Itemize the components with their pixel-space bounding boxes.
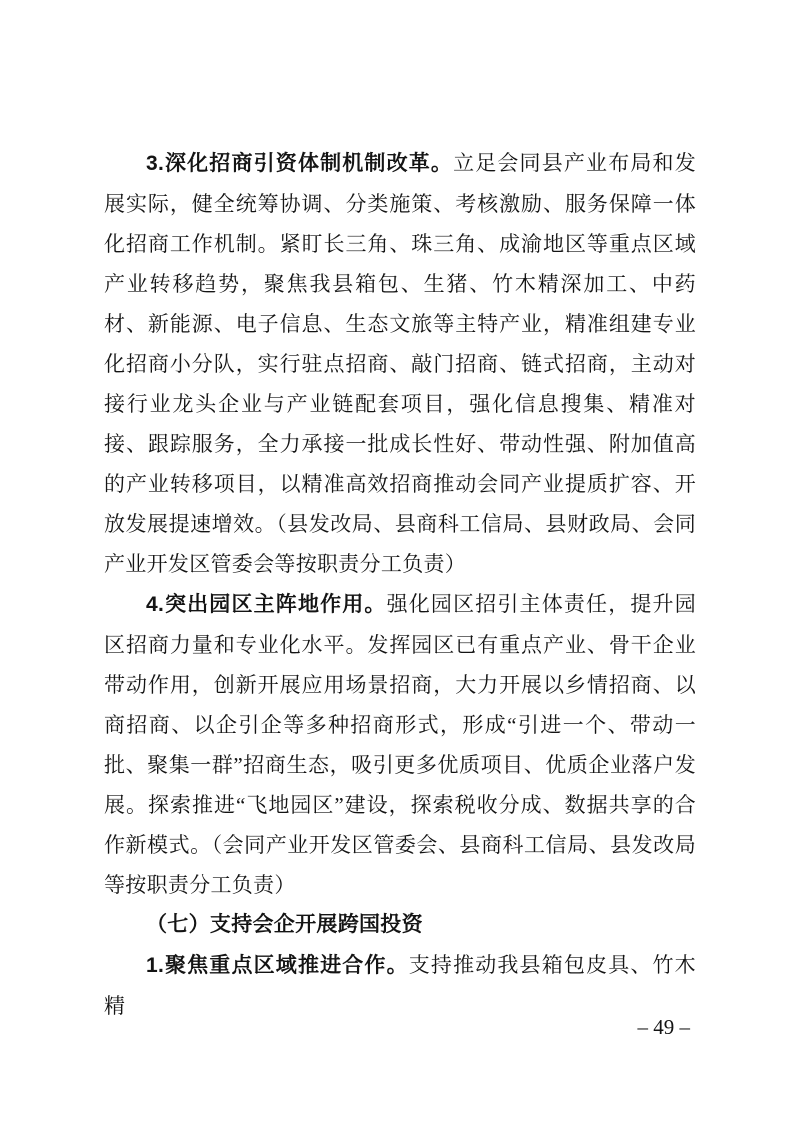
section-heading-seven: （七）支持会企开展跨国投资 [104, 905, 696, 945]
paragraph-text: 强化园区招引主体责任，提升园区招商力量和专业化水平。发挥园区已有重点产业、骨干企… [104, 592, 696, 897]
paragraph-4-park-role: 4.突出园区主阵地作用。强化园区招引主体责任，提升园区招商力量和专业化水平。发挥… [104, 584, 696, 905]
document-body: 3.深化招商引资体制机制改革。立足会同县产业布局和发展实际，健全统筹协调、分类施… [104, 143, 696, 1026]
paragraph-text: 立足会同县产业布局和发展实际，健全统筹协调、分类施策、考核激励、服务保障一体化招… [104, 151, 696, 576]
paragraph-lead: 3.深化招商引资体制机制改革。 [146, 152, 453, 175]
paragraph-lead: 4.突出园区主阵地作用。 [146, 593, 387, 616]
page-number: – 49 – [0, 1013, 690, 1041]
paragraph-lead: 1.聚焦重点区域推进合作。 [146, 954, 409, 977]
document-page: 3.深化招商引资体制机制改革。立足会同县产业布局和发展实际，健全统筹协调、分类施… [0, 0, 793, 1122]
paragraph-3-deepen-reform: 3.深化招商引资体制机制改革。立足会同县产业布局和发展实际，健全统筹协调、分类施… [104, 143, 696, 584]
